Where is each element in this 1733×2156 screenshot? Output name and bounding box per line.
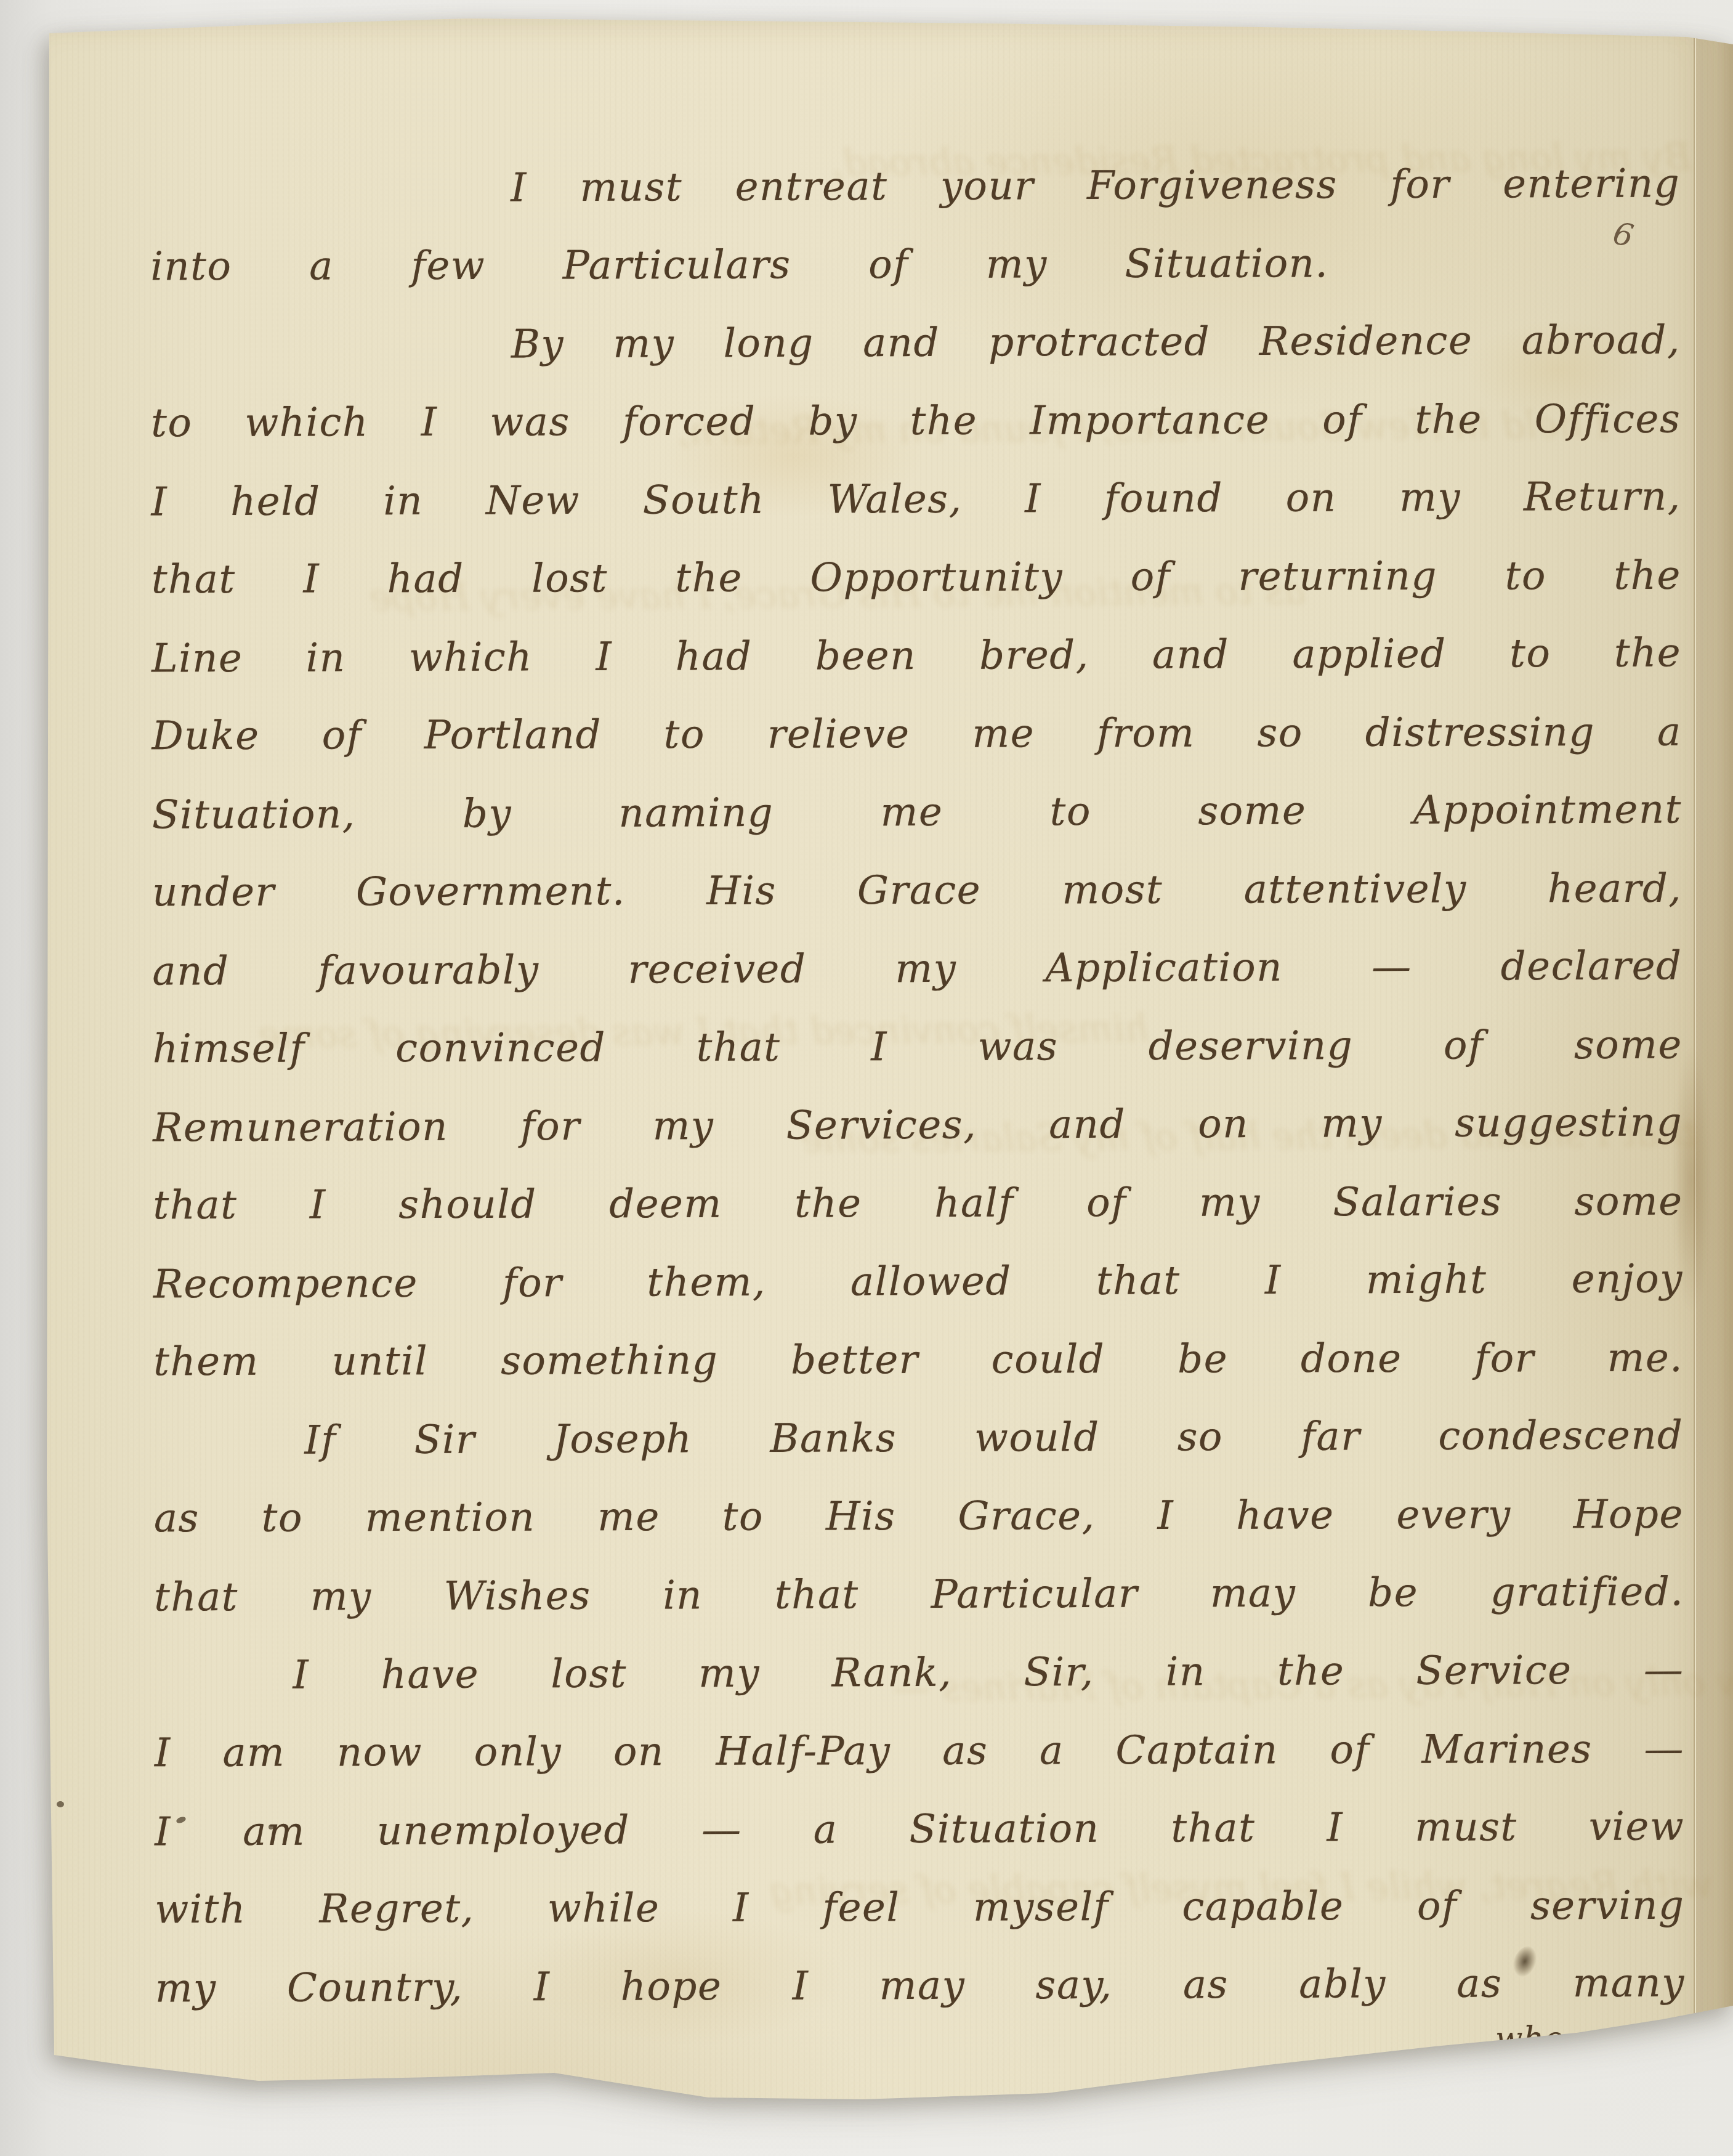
handwritten-line: Situation, by naming me to some Appointm… <box>152 771 1682 854</box>
handwritten-line: that my Wishes in that Particular may be… <box>154 1553 1684 1637</box>
paragraph: If Sir Joseph Banks would so far condesc… <box>153 1398 1684 1637</box>
handwritten-line: under Government. His Grace most attenti… <box>152 850 1682 933</box>
fold-crease <box>1694 34 1697 2018</box>
handwritten-line: I am now only on Half-Pay as a Captain o… <box>155 1711 1684 1793</box>
handwritten-line: them until something better could be don… <box>153 1319 1683 1402</box>
handwritten-line: my Country, I hope I may say, as ably as… <box>155 1944 1685 2028</box>
handwritten-line: with Regret, while I feel myself capable… <box>155 1867 1684 1950</box>
handwritten-line: as to mention me to His Grace, I have ev… <box>154 1476 1684 1558</box>
handwritten-line: If Sir Joseph Banks would so far condesc… <box>153 1396 1683 1480</box>
letter-scan: By my long and protracted Residence abro… <box>0 0 1733 2156</box>
ink-speck <box>57 1801 64 1807</box>
handwritten-line: that I had lost the Opportunity of retur… <box>151 537 1681 620</box>
letter-paper: By my long and protracted Residence abro… <box>0 0 1733 2156</box>
handwritten-line: that I should deem the half of my Salari… <box>153 1163 1683 1246</box>
paragraph: I must entreat your Forgiveness for ente… <box>150 146 1681 307</box>
handwritten-line: into a few Particulars of my Situation. <box>150 225 1328 306</box>
handwritten-line: I must entreat your Forgiveness for ente… <box>150 145 1680 229</box>
handwritten-line: Recompence for them, allowed that I migh… <box>153 1240 1683 1324</box>
handwritten-line: I am unemployed — a Situation that I mus… <box>155 1788 1684 1871</box>
handwritten-line: Remuneration for my Services, and on my … <box>153 1084 1683 1167</box>
handwritten-line: and favourably received my Application —… <box>152 927 1682 1011</box>
handwritten-line: By my long and protracted Residence abro… <box>151 301 1681 385</box>
handwritten-line: I have lost my Rank, Sir, in the Service… <box>154 1631 1684 1715</box>
handwritten-line: Line in which I had been bred, and appli… <box>151 614 1681 698</box>
handwritten-line: to which I was forced by the Importance … <box>151 381 1681 463</box>
handwritten-line: himself convinced that I was deserving o… <box>153 1007 1683 1089</box>
handwritten-line: Duke of Portland to relieve me from so d… <box>151 694 1681 776</box>
catchword: who <box>1495 2020 1564 2057</box>
paper-shadow: By my long and protracted Residence abro… <box>0 0 1733 2156</box>
letter-text: I must entreat your Forgiveness for ente… <box>150 146 1685 2027</box>
paragraph: By my long and protracted Residence abro… <box>151 302 1684 1401</box>
handwritten-line: I held in New South Wales, I found on my… <box>151 458 1681 541</box>
paragraph: I have lost my Rank, Sir, in the Service… <box>154 1632 1685 2028</box>
